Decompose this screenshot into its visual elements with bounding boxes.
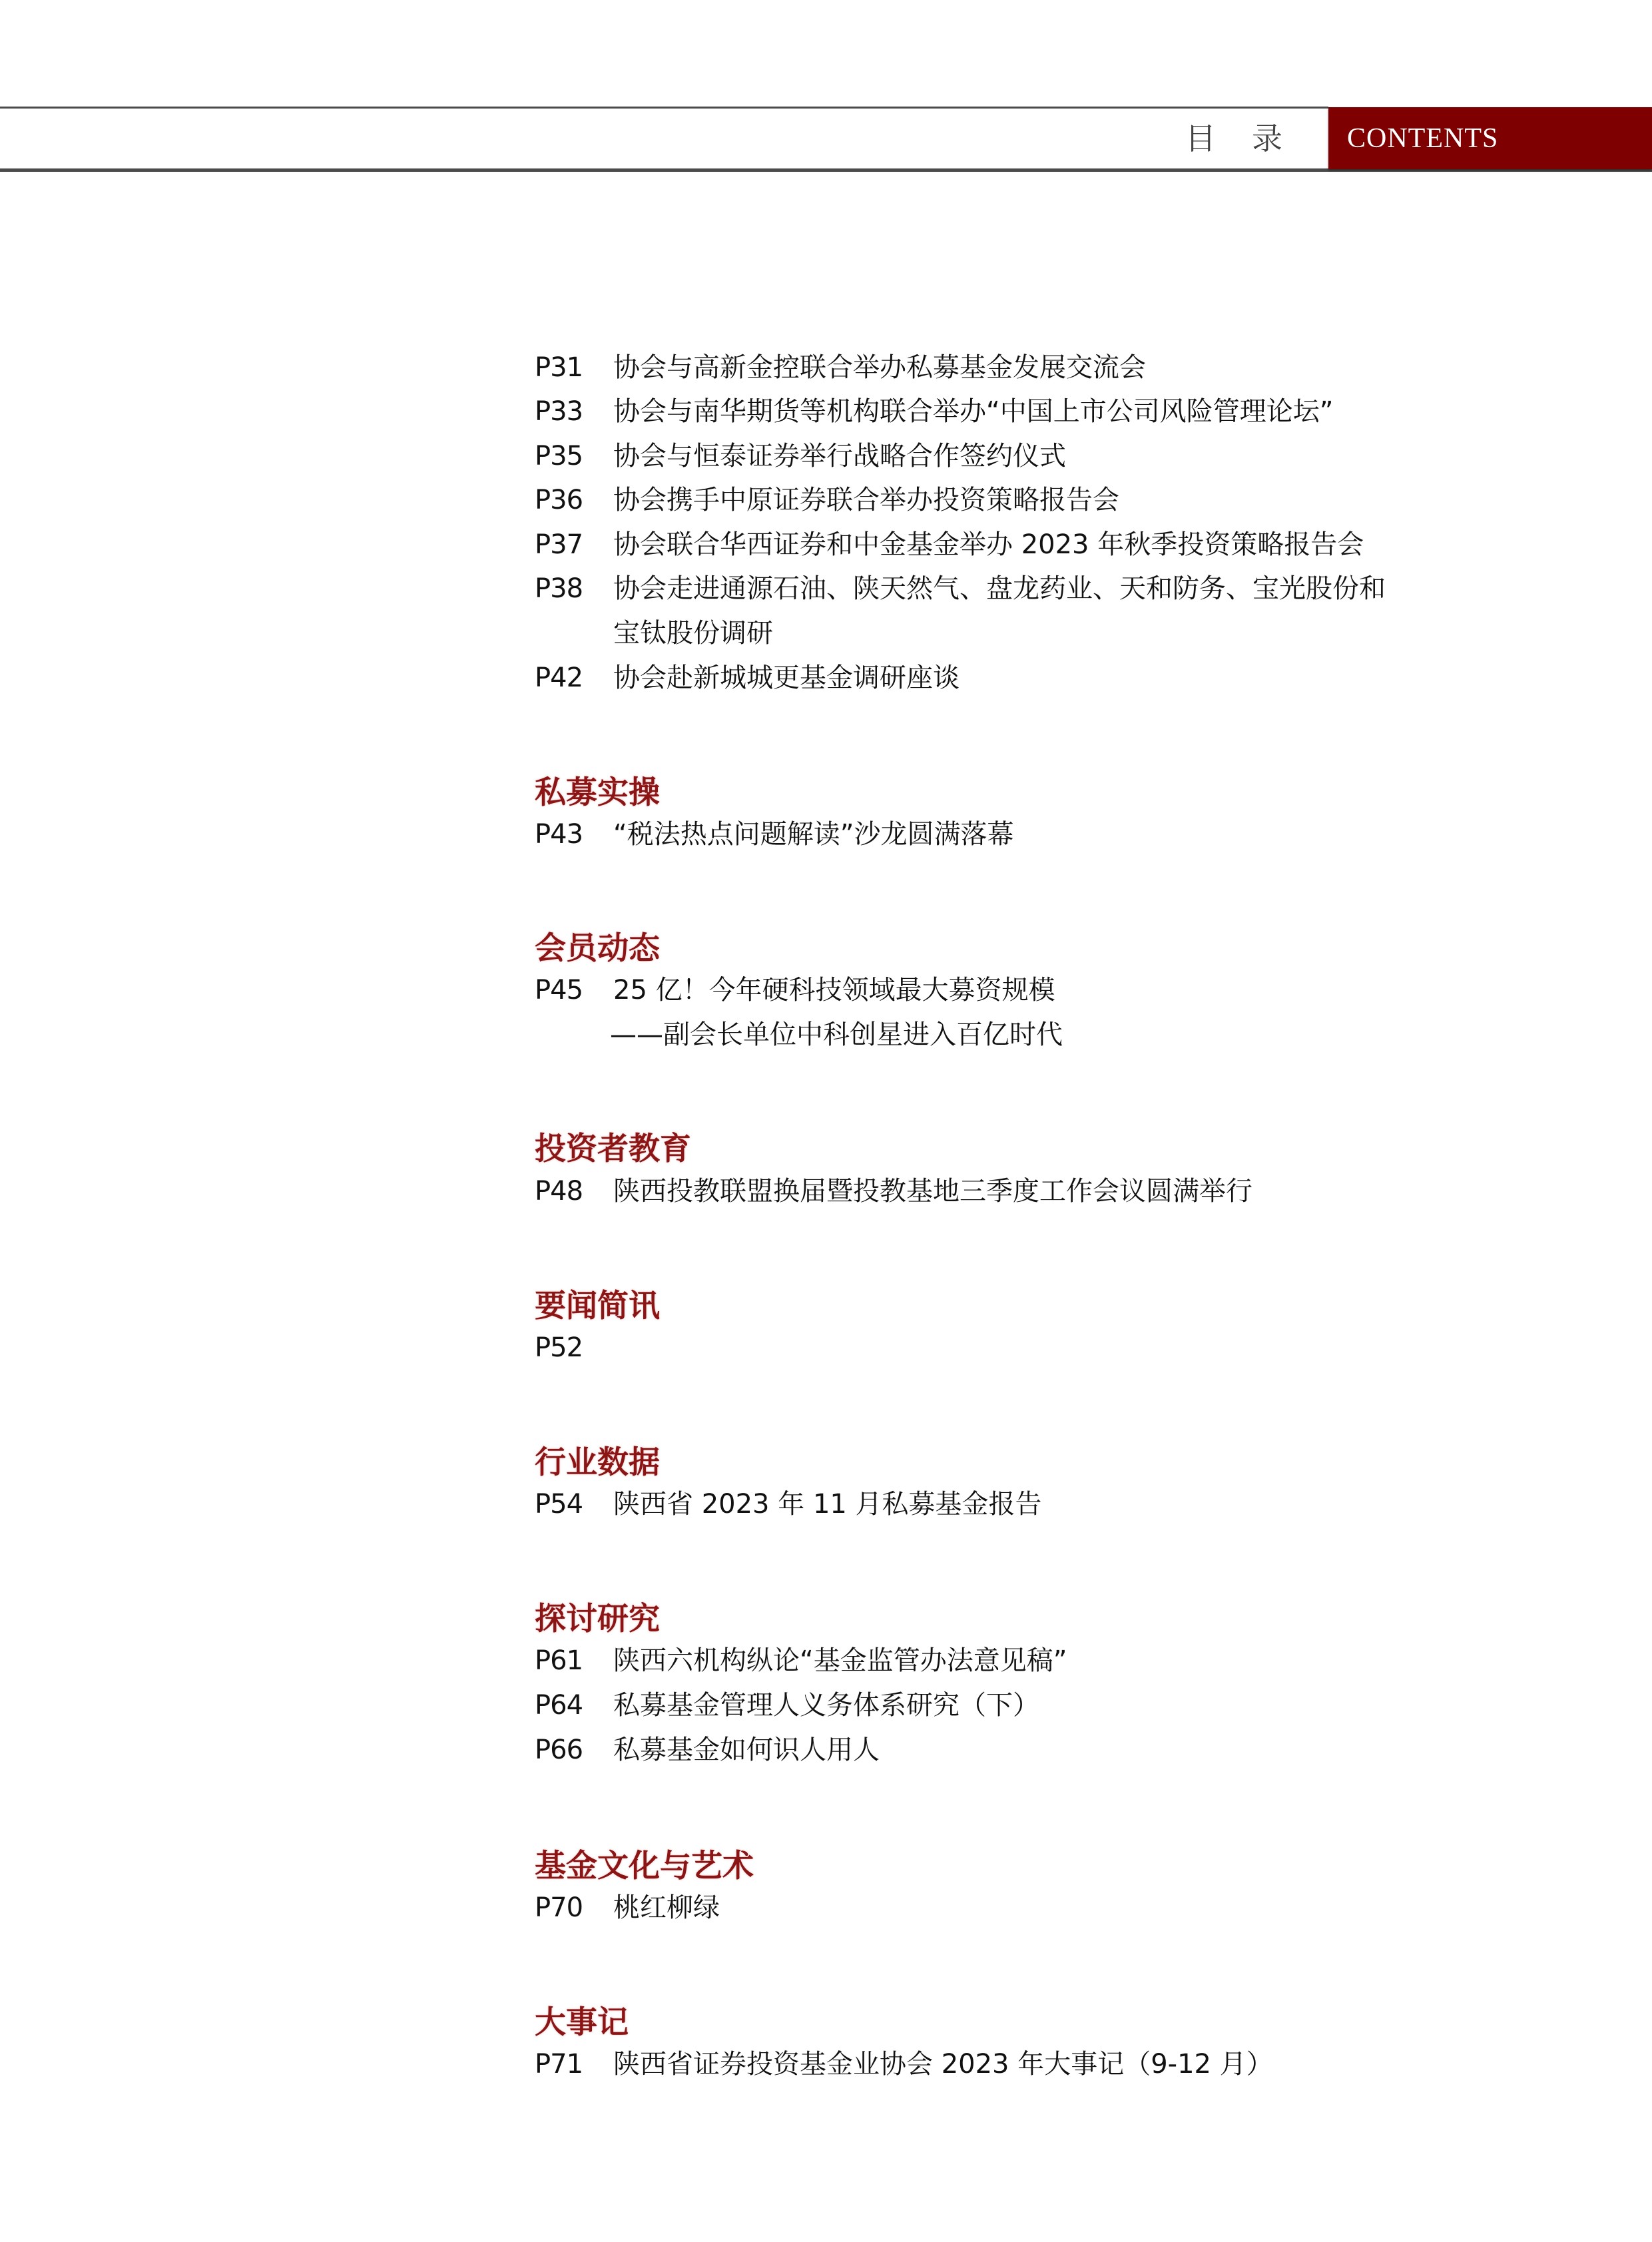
page-number: P33 — [535, 390, 608, 433]
entry-title: “税法热点问题解读”沙龙圆满落幕 — [613, 812, 1013, 856]
page-number: P48 — [535, 1169, 608, 1213]
entry-title: 协会携手中原证券联合举办投资策略报告会 — [613, 478, 1119, 522]
page-number: P45 — [535, 968, 608, 1012]
section-heading: 要闻简讯 — [535, 1286, 660, 1326]
entry-title: 私募基金如何识人用人 — [613, 1728, 880, 1772]
page-number: P52 — [535, 1326, 608, 1370]
page-number: P42 — [535, 656, 608, 700]
entry-title-continuation: 宝钛股份调研 — [613, 611, 773, 655]
page-number: P61 — [535, 1639, 608, 1683]
entry-title: 协会赴新城城更基金调研座谈 — [613, 656, 960, 700]
entry-title: 协会联合华西证券和中金基金举办 2023 年秋季投资策略报告会 — [613, 523, 1364, 567]
section-heading: 探讨研究 — [535, 1599, 660, 1639]
section-heading: 投资者教育 — [535, 1129, 691, 1169]
page-number: P31 — [535, 346, 608, 390]
table-of-contents: P31 协会与高新金控联合举办私募基金发展交流会 P33 协会与南华期货等机构联… — [0, 0, 1652, 2242]
section-heading: 基金文化与艺术 — [535, 1846, 754, 1886]
entry-title: 私募基金管理人义务体系研究（下） — [613, 1683, 1039, 1727]
page-number: P54 — [535, 1482, 608, 1526]
entry-title: 协会走进通源石油、陕天然气、盘龙药业、天和防务、宝光股份和 — [613, 567, 1386, 611]
page-number: P43 — [535, 812, 608, 856]
entry-title: 桃红柳绿 — [613, 1886, 720, 1930]
page-number: P35 — [535, 434, 608, 478]
entry-title: 协会与南华期货等机构联合举办“中国上市公司风险管理论坛” — [613, 390, 1333, 433]
section-heading: 行业数据 — [535, 1443, 660, 1483]
entry-title: 25 亿！今年硬科技领域最大募资规模 — [613, 968, 1055, 1012]
entry-subtitle: ——副会长单位中科创星进入百亿时代 — [610, 1013, 1063, 1057]
entry-title: 协会与高新金控联合举办私募基金发展交流会 — [613, 346, 1146, 390]
entry-title: 陕西省证券投资基金业协会 2023 年大事记（9-12 月） — [613, 2042, 1273, 2086]
page-number: P64 — [535, 1683, 608, 1727]
section-heading: 会员动态 — [535, 929, 660, 969]
entry-title: 陕西六机构纵论“基金监管办法意见稿” — [613, 1639, 1067, 1683]
entry-title: 陕西省 2023 年 11 月私募基金报告 — [613, 1482, 1042, 1526]
page-number: P37 — [535, 523, 608, 567]
section-heading: 大事记 — [535, 2003, 629, 2043]
page-number: P36 — [535, 478, 608, 522]
entry-title: 协会与恒泰证券举行战略合作签约仪式 — [613, 434, 1066, 478]
page-number: P70 — [535, 1886, 608, 1930]
page-number: P66 — [535, 1728, 608, 1772]
page-number: P71 — [535, 2042, 608, 2086]
entry-title: 陕西投教联盟换届暨投教基地三季度工作会议圆满举行 — [613, 1169, 1252, 1213]
page-number: P38 — [535, 567, 608, 611]
section-heading: 私募实操 — [535, 773, 660, 813]
